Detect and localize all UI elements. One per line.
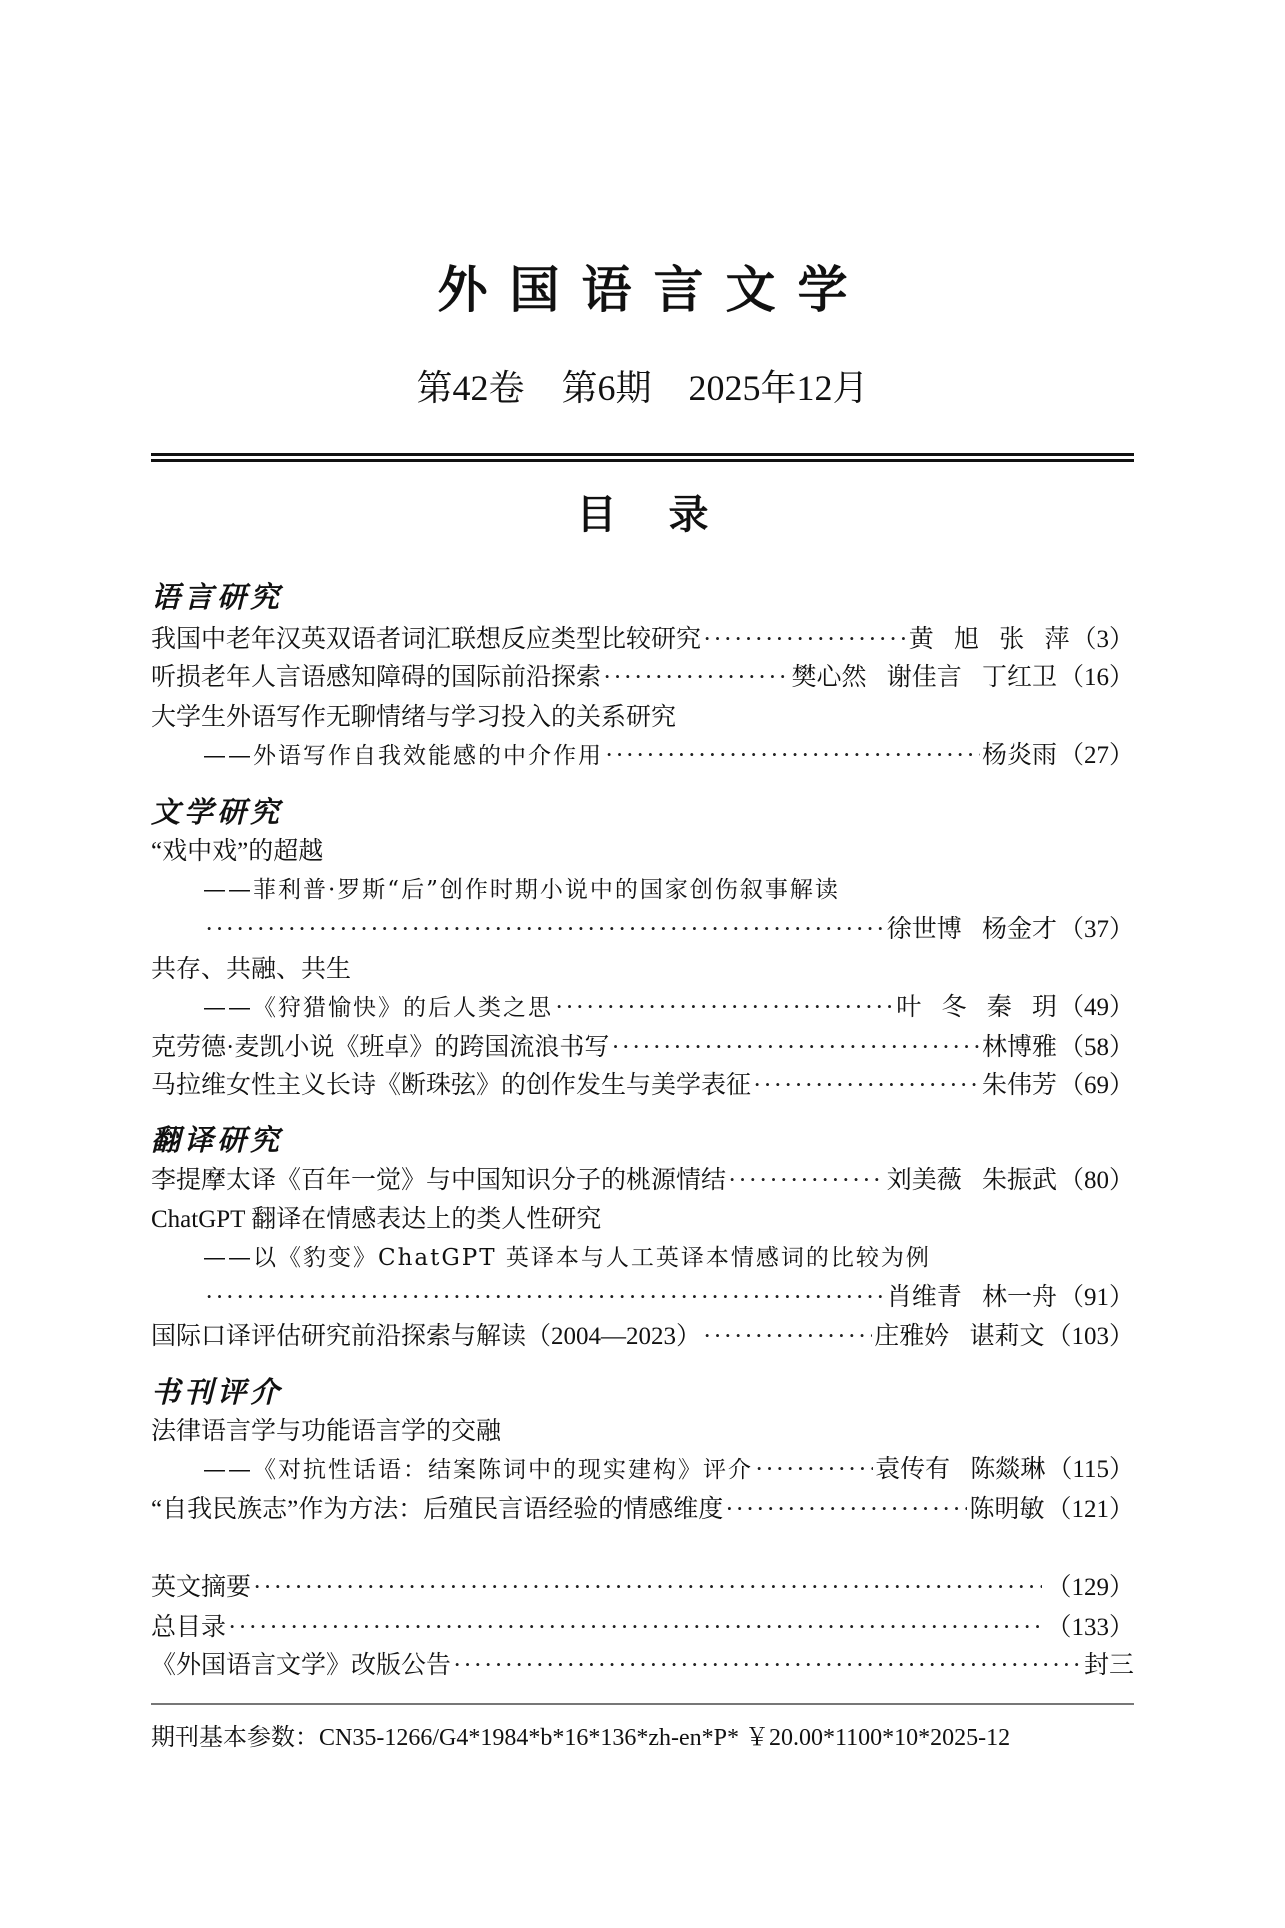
entry-authors: 朱伟芳 bbox=[982, 1067, 1057, 1105]
entry-page: 103 bbox=[1046, 1318, 1134, 1356]
toc-entry-title-line[interactable]: “戏中戏”的超越 bbox=[151, 833, 1134, 871]
toc-entry-subtitle-line[interactable]: ——以《豹变》ChatGPT 英译本与人工英译本情感词的比较为例 bbox=[203, 1239, 1134, 1277]
entry-page: 3 bbox=[1071, 621, 1134, 659]
entry-authors: 庄雅妗 谌莉文 bbox=[874, 1318, 1044, 1356]
toc-entry-subtitle-line[interactable]: ——《对抗性话语：结案陈词中的现实建构》评介 袁传有 陈燚琳 115 bbox=[203, 1451, 1134, 1489]
entry-page: 69 bbox=[1059, 1067, 1134, 1105]
entry-authors: 刘美薇 朱振武 bbox=[887, 1162, 1057, 1200]
entry-page: 16 bbox=[1059, 659, 1134, 697]
dot-leader bbox=[755, 1451, 873, 1489]
appendix-entry-general-index[interactable]: 总目录 133 bbox=[151, 1609, 1134, 1647]
entry-authors: 樊心然 谢佳言 丁红卫 bbox=[791, 659, 1057, 697]
entry-title: ChatGPT 翻译在情感表达上的类人性研究 bbox=[151, 1201, 601, 1239]
toc-entry-leader-line[interactable]: 徐世博 杨金才 37 bbox=[203, 911, 1134, 949]
entry-page: 133 bbox=[1046, 1609, 1134, 1647]
entry-title: 马拉维女性主义长诗《断珠弦》的创作发生与美学表征 bbox=[151, 1067, 751, 1105]
rule-line-bottom bbox=[151, 459, 1134, 462]
entry-title: 我国中老年汉英双语者词汇联想反应类型比较研究 bbox=[151, 621, 701, 659]
toc-heading: 目录 bbox=[0, 490, 1285, 540]
entry-subtitle: ——外语写作自我效能感的中介作用 bbox=[203, 737, 603, 775]
dot-leader bbox=[753, 1067, 980, 1105]
dot-leader bbox=[611, 1029, 980, 1067]
section-heading-translation: 翻译研究 bbox=[151, 1122, 283, 1158]
toc-entry-title-line[interactable]: 大学生外语写作无聊情绪与学习投入的关系研究 bbox=[151, 699, 1134, 737]
rule-line-top bbox=[151, 453, 1134, 456]
entry-title: “戏中戏”的超越 bbox=[151, 833, 323, 871]
entry-subtitle: ——菲利普·罗斯“后”创作时期小说中的国家创伤叙事解读 bbox=[203, 871, 840, 909]
toc-entry[interactable]: 听损老年人言语感知障碍的国际前沿探索 樊心然 谢佳言 丁红卫 16 bbox=[151, 659, 1134, 697]
toc-entry-title-line[interactable]: 法律语言学与功能语言学的交融 bbox=[151, 1413, 1134, 1451]
dot-leader bbox=[728, 1162, 885, 1200]
toc-entry[interactable]: 克劳德·麦凯小说《班卓》的跨国流浪书写 林博雅 58 bbox=[151, 1029, 1134, 1067]
entry-subtitle: ——《对抗性话语：结案陈词中的现实建构》评介 bbox=[203, 1451, 753, 1489]
entry-authors: 黄 旭 张 萍 bbox=[909, 621, 1070, 659]
entry-page: 80 bbox=[1059, 1162, 1134, 1200]
dot-leader bbox=[703, 1318, 872, 1356]
entry-title: 共存、共融、共生 bbox=[151, 951, 351, 989]
parameters-value: CN35-1266/G4*1984*b*16*136*zh-en*P* ￥20.… bbox=[319, 1725, 1010, 1751]
entry-subtitle: ——以《豹变》ChatGPT 英译本与人工英译本情感词的比较为例 bbox=[203, 1239, 931, 1277]
entry-page: 115 bbox=[1047, 1451, 1134, 1489]
entry-page: 49 bbox=[1059, 989, 1134, 1027]
toc-entry-title-line[interactable]: ChatGPT 翻译在情感表达上的类人性研究 bbox=[151, 1201, 1134, 1239]
entry-authors: 陈明敏 bbox=[969, 1491, 1044, 1529]
entry-page: 37 bbox=[1059, 911, 1134, 949]
entry-title: 大学生外语写作无聊情绪与学习投入的关系研究 bbox=[151, 699, 676, 737]
dot-leader bbox=[605, 737, 980, 775]
appendix-entry-abstracts[interactable]: 英文摘要 129 bbox=[151, 1569, 1134, 1607]
entry-page: 58 bbox=[1059, 1029, 1134, 1067]
entry-authors: 徐世博 杨金才 bbox=[887, 911, 1057, 949]
dot-leader bbox=[725, 1491, 967, 1529]
dot-leader bbox=[703, 621, 907, 659]
section-heading-book-reviews: 书刊评介 bbox=[151, 1374, 283, 1410]
issue-date: 2025年12月 bbox=[689, 368, 869, 408]
entry-authors: 袁传有 陈燚琳 bbox=[875, 1451, 1045, 1489]
entry-page: 121 bbox=[1046, 1491, 1134, 1529]
entry-title: “自我民族志”作为方法：后殖民言语经验的情感维度 bbox=[151, 1491, 723, 1529]
entry-authors: 杨炎雨 bbox=[982, 737, 1057, 775]
entry-authors: 叶 冬 秦 玥 bbox=[896, 989, 1057, 1027]
dot-leader bbox=[228, 1609, 1042, 1647]
toc-entry-subtitle-line[interactable]: ——《狩猎愉快》的后人类之思 叶 冬 秦 玥 49 bbox=[203, 989, 1134, 1027]
journal-title: 外国语言文学 bbox=[0, 258, 1285, 322]
dot-leader bbox=[555, 989, 894, 1027]
entry-page: 91 bbox=[1059, 1279, 1134, 1317]
toc-entry-subtitle-line[interactable]: ——菲利普·罗斯“后”创作时期小说中的国家创伤叙事解读 bbox=[203, 871, 1134, 909]
parameters-label: 期刊基本参数： bbox=[151, 1725, 319, 1751]
toc-entry[interactable]: 国际口译评估研究前沿探索与解读（2004—2023） 庄雅妗 谌莉文 103 bbox=[151, 1318, 1134, 1356]
dot-leader bbox=[603, 659, 789, 697]
journal-parameters: 期刊基本参数：CN35-1266/G4*1984*b*16*136*zh-en*… bbox=[151, 1720, 1010, 1756]
footer-rule bbox=[151, 1703, 1134, 1705]
entry-subtitle: ——《狩猎愉快》的后人类之思 bbox=[203, 989, 553, 1027]
toc-entry-title-line[interactable]: 共存、共融、共生 bbox=[151, 951, 1134, 989]
entry-page: 27 bbox=[1059, 737, 1134, 775]
section-heading-literature: 文学研究 bbox=[151, 794, 283, 830]
appendix-entry-announcement[interactable]: 《外国语言文学》改版公告 封三 bbox=[151, 1647, 1134, 1685]
dot-leader bbox=[205, 911, 885, 949]
toc-entry[interactable]: 李提摩太译《百年一觉》与中国知识分子的桃源情结 刘美薇 朱振武 80 bbox=[151, 1162, 1134, 1200]
issue-info: 第42卷 第6期 2025年12月 bbox=[0, 366, 1285, 410]
entry-page: 封三 bbox=[1084, 1647, 1134, 1685]
toc-entry[interactable]: 马拉维女性主义长诗《断珠弦》的创作发生与美学表征 朱伟芳 69 bbox=[151, 1067, 1134, 1105]
entry-title: 克劳德·麦凯小说《班卓》的跨国流浪书写 bbox=[151, 1029, 609, 1067]
entry-title: 《外国语言文学》改版公告 bbox=[151, 1647, 451, 1685]
dot-leader bbox=[205, 1279, 885, 1317]
entry-title: 国际口译评估研究前沿探索与解读（2004—2023） bbox=[151, 1318, 701, 1356]
entry-title: 英文摘要 bbox=[151, 1569, 251, 1607]
dot-leader bbox=[253, 1569, 1042, 1607]
volume: 第42卷 bbox=[416, 368, 524, 408]
issue-number: 第6期 bbox=[561, 368, 651, 408]
entry-page: 129 bbox=[1046, 1569, 1134, 1607]
section-heading-linguistics: 语言研究 bbox=[151, 579, 283, 615]
entry-authors: 林博雅 bbox=[982, 1029, 1057, 1067]
entry-title: 李提摩太译《百年一觉》与中国知识分子的桃源情结 bbox=[151, 1162, 726, 1200]
toc-entry-subtitle-line[interactable]: ——外语写作自我效能感的中介作用 杨炎雨 27 bbox=[203, 737, 1134, 775]
entry-title: 听损老年人言语感知障碍的国际前沿探索 bbox=[151, 659, 601, 697]
toc-entry-leader-line[interactable]: 肖维青 林一舟 91 bbox=[203, 1279, 1134, 1317]
entry-title: 总目录 bbox=[151, 1609, 226, 1647]
entry-title: 法律语言学与功能语言学的交融 bbox=[151, 1413, 501, 1451]
header-double-rule bbox=[151, 453, 1134, 463]
entry-authors: 肖维青 林一舟 bbox=[887, 1279, 1057, 1317]
toc-entry[interactable]: 我国中老年汉英双语者词汇联想反应类型比较研究 黄 旭 张 萍 3 bbox=[151, 621, 1134, 659]
toc-entry[interactable]: “自我民族志”作为方法：后殖民言语经验的情感维度 陈明敏 121 bbox=[151, 1491, 1134, 1529]
dot-leader bbox=[453, 1647, 1080, 1685]
